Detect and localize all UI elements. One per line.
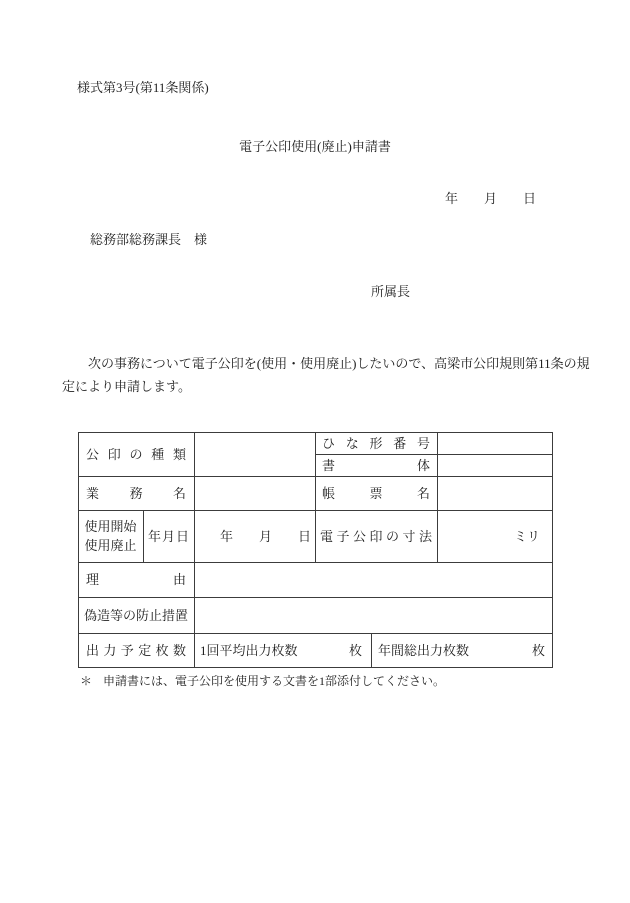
application-table: 公印の種類 ひな形番号 書体 業務名 帳票名 使用開始 使用廃止 年月日 年 月… [78,432,553,668]
business-name-label: 業務名 [86,485,186,502]
avg-output-label: 1回平均出力枚数 [200,642,298,659]
seal-size-label-cell: 電子公印の寸法 [315,510,437,562]
use-date-sublabel: 年月日 [148,528,189,545]
form-name-label-cell: 帳票名 [315,476,437,510]
seal-size-label: 電子公印の寸法 [320,528,432,545]
use-start-label: 使用開始 [84,517,136,536]
seal-size-unit: ミリ [514,528,540,545]
date-line: 年 月 日 [445,190,536,207]
seal-size-value-cell: ミリ [437,510,553,562]
template-number-value-cell [437,432,553,454]
document-title: 電子公印使用(廃止)申請書 [0,138,630,155]
footnote-text: 申請書には、電子公印を使用する文書を1部添付してください。 [103,673,445,689]
use-date-sublabel-cell: 年月日 [143,510,194,562]
forgery-prevention-label-cell: 偽造等の防止措置 [78,597,194,633]
use-period-label-cell: 使用開始 使用廃止 [78,510,143,562]
annual-output-unit: 枚 [532,642,545,659]
output-count-label: 出力予定枚数 [86,642,186,659]
footnote-marker: ＊ [80,673,92,689]
avg-output-unit: 枚 [349,642,362,659]
use-date-value: 年 月 日 [220,528,311,545]
seal-type-label: 公印の種類 [86,446,186,463]
reason-label-cell: 理由 [78,562,194,597]
reason-label: 理由 [86,571,186,588]
forgery-prevention-label: 偽造等の防止措置 [84,607,188,624]
typeface-label: 書体 [322,457,430,474]
business-name-value-cell [194,476,315,510]
use-end-label: 使用廃止 [84,536,136,555]
template-number-label: ひな形番号 [322,435,430,452]
use-date-value-cell: 年 月 日 [194,510,315,562]
annual-output-label: 年間総出力枚数 [378,642,469,659]
template-number-label-cell: ひな形番号 [315,432,437,454]
recipient-line: 総務部総務課長 様 [90,231,207,248]
form-number: 様式第3号(第11条関係) [77,79,209,96]
output-count-label-cell: 出力予定枚数 [78,633,194,668]
forgery-prevention-value-cell [194,597,553,633]
typeface-label-cell: 書体 [315,454,437,476]
annual-output-cell: 年間総出力枚数 枚 [371,633,553,668]
document-page: 様式第3号(第11条関係) 電子公印使用(廃止)申請書 年 月 日 総務部総務課… [0,0,630,903]
body-line-2: 定により申請します。 [62,378,191,395]
avg-output-cell: 1回平均出力枚数 枚 [194,633,371,668]
typeface-value-cell [437,454,553,476]
applicant-title: 所属長 [371,283,410,300]
reason-value-cell [194,562,553,597]
body-line-1: 次の事務について電子公印を(使用・使用廃止)したいので、高梁市公印規則第11条の… [62,355,590,372]
business-name-label-cell: 業務名 [78,476,194,510]
form-name-value-cell [437,476,553,510]
seal-type-value-cell [194,432,315,476]
seal-type-label-cell: 公印の種類 [78,432,194,476]
form-name-label: 帳票名 [322,485,430,502]
footnote: ＊ 申請書には、電子公印を使用する文書を1部添付してください。 [80,673,445,689]
